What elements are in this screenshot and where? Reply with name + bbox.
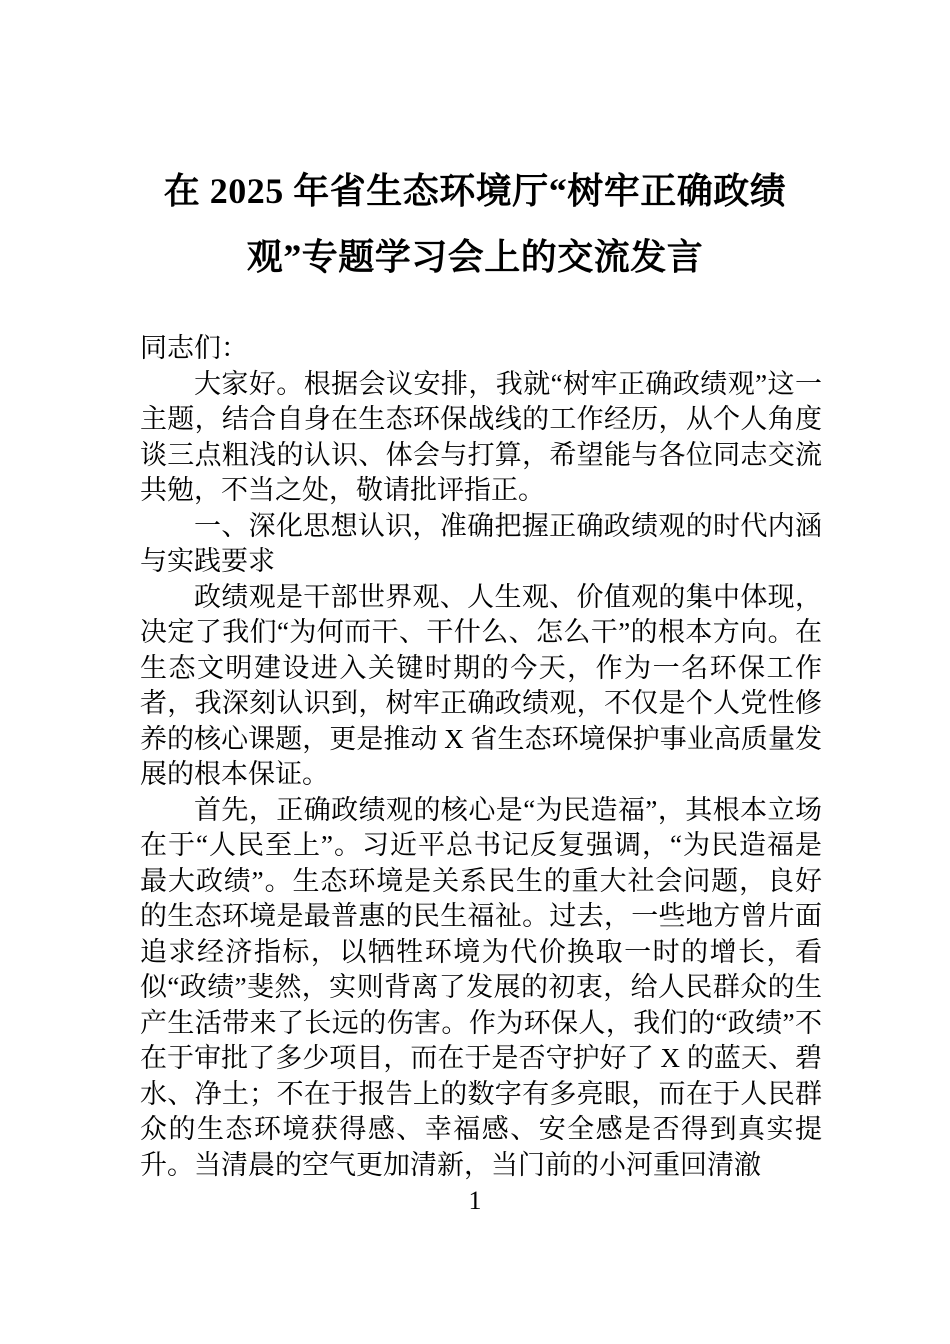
section-heading-1: 一、深化思想认识，准确把握正确政绩观的时代内涵与实践要求 bbox=[140, 509, 822, 580]
paragraph-section1-intro: 政绩观是干部世界观、人生观、价值观的集中体现，决定了我们“为何而干、干什么、怎么… bbox=[140, 580, 822, 793]
document-page: 在 2025 年省生态环境厅“树牢正确政绩观”专题学习会上的交流发言 同志们： … bbox=[0, 0, 950, 1344]
document-title: 在 2025 年省生态环境厅“树牢正确政绩观”专题学习会上的交流发言 bbox=[155, 158, 795, 290]
paragraph-section1-first-point: 首先，正确政绩观的核心是“为民造福”，其根本立场在于“人民至上”。习近平总书记反… bbox=[140, 793, 822, 1184]
page-number: 1 bbox=[0, 1186, 950, 1216]
paragraph-opening: 大家好。根据会议安排，我就“树牢正确政绩观”这一主题，结合自身在生态环保战线的工… bbox=[140, 367, 822, 509]
document-body: 同志们： 大家好。根据会议安排，我就“树牢正确政绩观”这一主题，结合自身在生态环… bbox=[140, 331, 822, 1183]
salutation: 同志们： bbox=[140, 331, 822, 367]
